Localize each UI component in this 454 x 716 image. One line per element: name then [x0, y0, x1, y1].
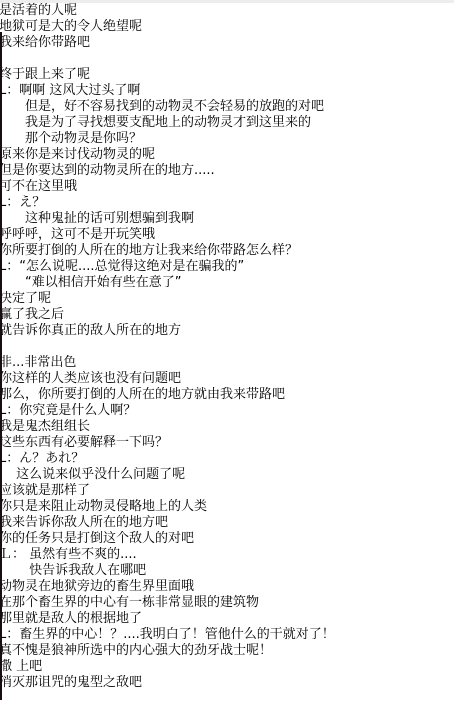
text-line: 这么说来似乎没什么问题了呢: [0, 467, 454, 483]
text-line: 我是为了寻找想要支配地上的动物灵才到这里来的: [0, 115, 454, 131]
text-line: 我来告诉你敌人所在的地方吧: [0, 515, 454, 531]
text-line: 你所要打倒的人所在的地方让我来给你带路怎么样？: [0, 243, 454, 259]
text-line: 非...非常出色: [0, 355, 454, 371]
text-line: L：え？: [0, 195, 454, 211]
text-line: 真不愧是狼神所选中的内心强大的劲牙战士呢！: [0, 643, 454, 659]
text-line: 你这样的人类应该也没有问题吧: [0, 371, 454, 387]
text-line: 就告诉你真正的敌人所在的地方: [0, 323, 454, 339]
text-line: 我是鬼杰组组长: [0, 419, 454, 435]
text-body: 是活着的人呢地狱可是大的令人绝望呢我来给你带路吧终于跟上来了呢L：啊啊 这风大过…: [0, 3, 454, 691]
text-line: 地狱可是大的令人绝望呢: [0, 19, 454, 35]
text-line: Ｌ： 虽然有些不爽的....: [0, 547, 454, 563]
text-line: 动物灵在地狱旁边的畜生界里面哦: [0, 579, 454, 595]
text-line: 那么，你所要打倒的人所在的地方就由我来带路吧: [0, 387, 454, 403]
text-line: 是活着的人呢: [0, 3, 454, 19]
text-line: 但是你要达到的动物灵所在的地方.....: [0, 163, 454, 179]
text-line: 快告诉我敌人在哪吧: [0, 563, 454, 579]
text-line: L：啊啊 这风大过头了啊: [0, 83, 454, 99]
text-line: “难以相信开始有些在意了”: [0, 275, 454, 291]
text-line: L：畜生界的中心！？....我明白了！管他什么的干就对了！: [0, 627, 454, 643]
text-line: 可不在这里哦: [0, 179, 454, 195]
text-line: 那里就是敌人的根据地了: [0, 611, 454, 627]
text-line: 那个动物灵是你吗？: [0, 131, 454, 147]
text-line: 撒 上吧: [0, 659, 454, 675]
text-line: 这种鬼扯的话可别想骗到我啊: [0, 211, 454, 227]
text-line: 但是，好不容易找到的动物灵不会轻易的放跑的对吧: [0, 99, 454, 115]
text-line: 你的任务只是打倒这个敌人的对吧: [0, 531, 454, 547]
text-line: 你只是来阻止动物灵侵略地上的人类: [0, 499, 454, 515]
text-line: L：ん？あれ？: [0, 451, 454, 467]
text-line: 在那个畜生界的中心有一栋非常显眼的建筑物: [0, 595, 454, 611]
text-document-screen: 是活着的人呢地狱可是大的令人绝望呢我来给你带路吧终于跟上来了呢L：啊啊 这风大过…: [0, 0, 454, 716]
text-line: 决定了呢: [0, 291, 454, 307]
text-line: 赢了我之后: [0, 307, 454, 323]
text-line: 终于跟上来了呢: [0, 67, 454, 83]
text-line: L：“怎么说呢....总觉得这绝对是在骗我的”: [0, 259, 454, 275]
text-line: 我来给你带路吧: [0, 35, 454, 51]
text-line: L：你究竟是什么人啊？: [0, 403, 454, 419]
text-line: [0, 51, 454, 67]
text-line: 消灭那诅咒的鬼型之敌吧: [0, 675, 454, 691]
text-line: 应该就是那样了: [0, 483, 454, 499]
text-line: 呼呼呼，这可不是开玩笑哦: [0, 227, 454, 243]
text-line: 这些东西有必要解释一下吗？: [0, 435, 454, 451]
left-edge-strip: [0, 32, 2, 700]
text-line: [0, 339, 454, 355]
text-line: 原来你是来讨伐动物灵的呢: [0, 147, 454, 163]
